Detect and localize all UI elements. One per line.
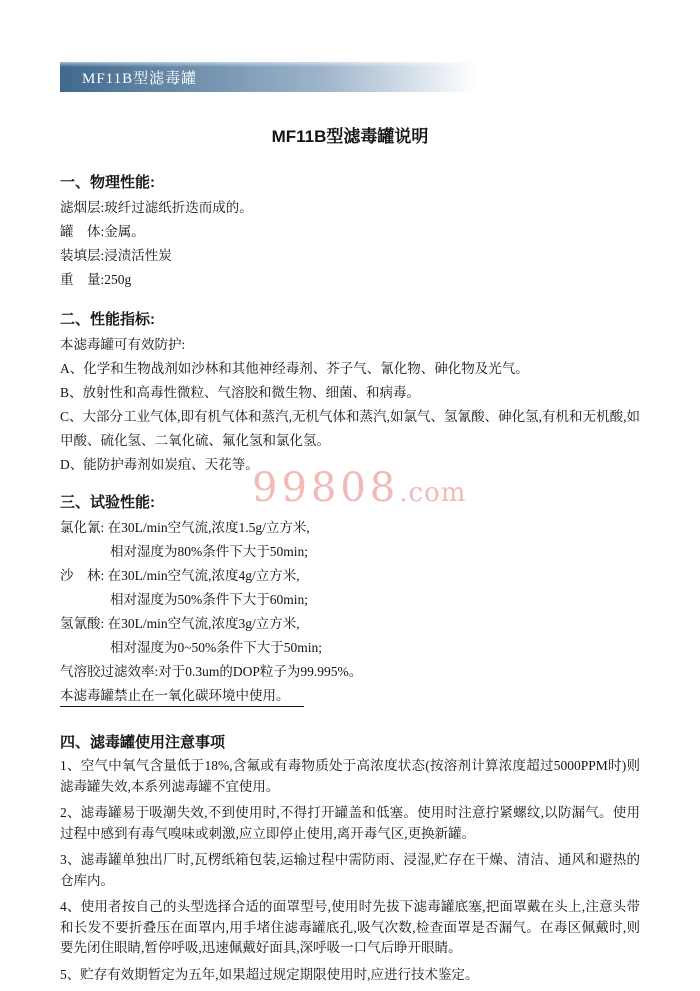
section-performance-heading: 二、性能指标: [60,310,640,329]
test-restriction-line: 本滤毒罐禁止在一氧化碳环境中使用。 [60,684,640,708]
performance-intro: 本滤毒罐可有效防护: [60,333,640,357]
performance-item-a: A、化学和生物战剂如沙林和其他神经毒剂、芥子气、氰化物、砷化物及光气。 [60,357,640,381]
performance-item-b: B、放射性和高毒性微粒、气溶胶和微生物、细菌、和病毒。 [60,381,640,405]
usage-note-4: 4、使用者按自己的头型选择合适的面罩型号,使用时先拔下滤毒罐底塞,把面罩戴在头上… [60,897,640,959]
section-test: 三、试验性能: 氯化氰: 在30L/min空气流,浓度1.5g/立方米, 相对湿… [60,493,640,708]
test-row-sarin: 沙 林: 在30L/min空气流,浓度4g/立方米, [60,564,640,588]
document-page: 99808.com MF11B型滤毒罐 MF11B型滤毒罐说明 一、物理性能: … [0,0,700,991]
banner-title: MF11B型滤毒罐 [82,67,197,88]
test-row-cyanogen-chloride-condition: 相对湿度为80%条件下大于50min; [60,540,640,564]
header-banner: MF11B型滤毒罐 [60,62,640,92]
section-performance: 二、性能指标: 本滤毒罐可有效防护: A、化学和生物战剂如沙林和其他神经毒剂、芥… [60,310,640,477]
section-physical-heading: 一、物理性能: [60,173,640,192]
usage-note-3: 3、滤毒罐单独出厂时,瓦楞纸箱包装,运输过程中需防雨、浸湿,贮存在干燥、清洁、通… [60,850,640,891]
performance-item-c: C、大部分工业气体,即有机气体和蒸汽,无机气体和蒸汽,如氯气、氢氰酸、砷化氢,有… [60,405,640,453]
doc-title: MF11B型滤毒罐说明 [60,127,640,147]
physical-line-weight: 重 量:250g [60,268,640,292]
performance-item-d: D、能防护毒剂如炭疽、天花等。 [60,453,640,477]
usage-note-1: 1、空气中氧气含量低于18%,含氟或有毒物质处于高浓度状态(按溶剂计算浓度超过5… [60,756,640,797]
test-row-sarin-condition: 相对湿度为50%条件下大于60min; [60,588,640,612]
section-usage-notes-heading: 四、滤毒罐使用注意事项 [60,733,640,752]
usage-note-5: 5、贮存有效期暂定为五年,如果超过规定期限使用时,应进行技术鉴定。 [60,965,640,986]
physical-line-canister-body: 罐 体:金属。 [60,220,640,244]
usage-note-2: 2、滤毒罐易于吸潮失效,不到使用时,不得打开罐盖和低塞。使用时注意拧紧螺纹,以防… [60,803,640,844]
test-row-hydrocyanic-acid-condition: 相对湿度为0~50%条件下大于50min; [60,636,640,660]
section-physical: 一、物理性能: 滤烟层:玻纤过滤纸折迭而成的。 罐 体:金属。 装填层:浸渍活性… [60,173,640,292]
physical-line-filling-layer: 装填层:浸渍活性炭 [60,244,640,268]
physical-line-filter-layer: 滤烟层:玻纤过滤纸折迭而成的。 [60,196,640,220]
test-row-cyanogen-chloride: 氯化氰: 在30L/min空气流,浓度1.5g/立方米, [60,516,640,540]
test-aerosol-efficiency: 气溶胶过滤效率:对于0.3um的DOP粒子为99.995%。 [60,660,640,684]
document-content: MF11B型滤毒罐 MF11B型滤毒罐说明 一、物理性能: 滤烟层:玻纤过滤纸折… [60,62,640,985]
section-usage-notes: 四、滤毒罐使用注意事项 1、空气中氧气含量低于18%,含氟或有毒物质处于高浓度状… [60,733,640,985]
test-row-hydrocyanic-acid: 氢氰酸: 在30L/min空气流,浓度3g/立方米, [60,612,640,636]
test-restriction-underlined-text: 本滤毒罐禁止在一氧化碳环境中使用。 [60,685,304,707]
section-test-heading: 三、试验性能: [60,493,640,512]
